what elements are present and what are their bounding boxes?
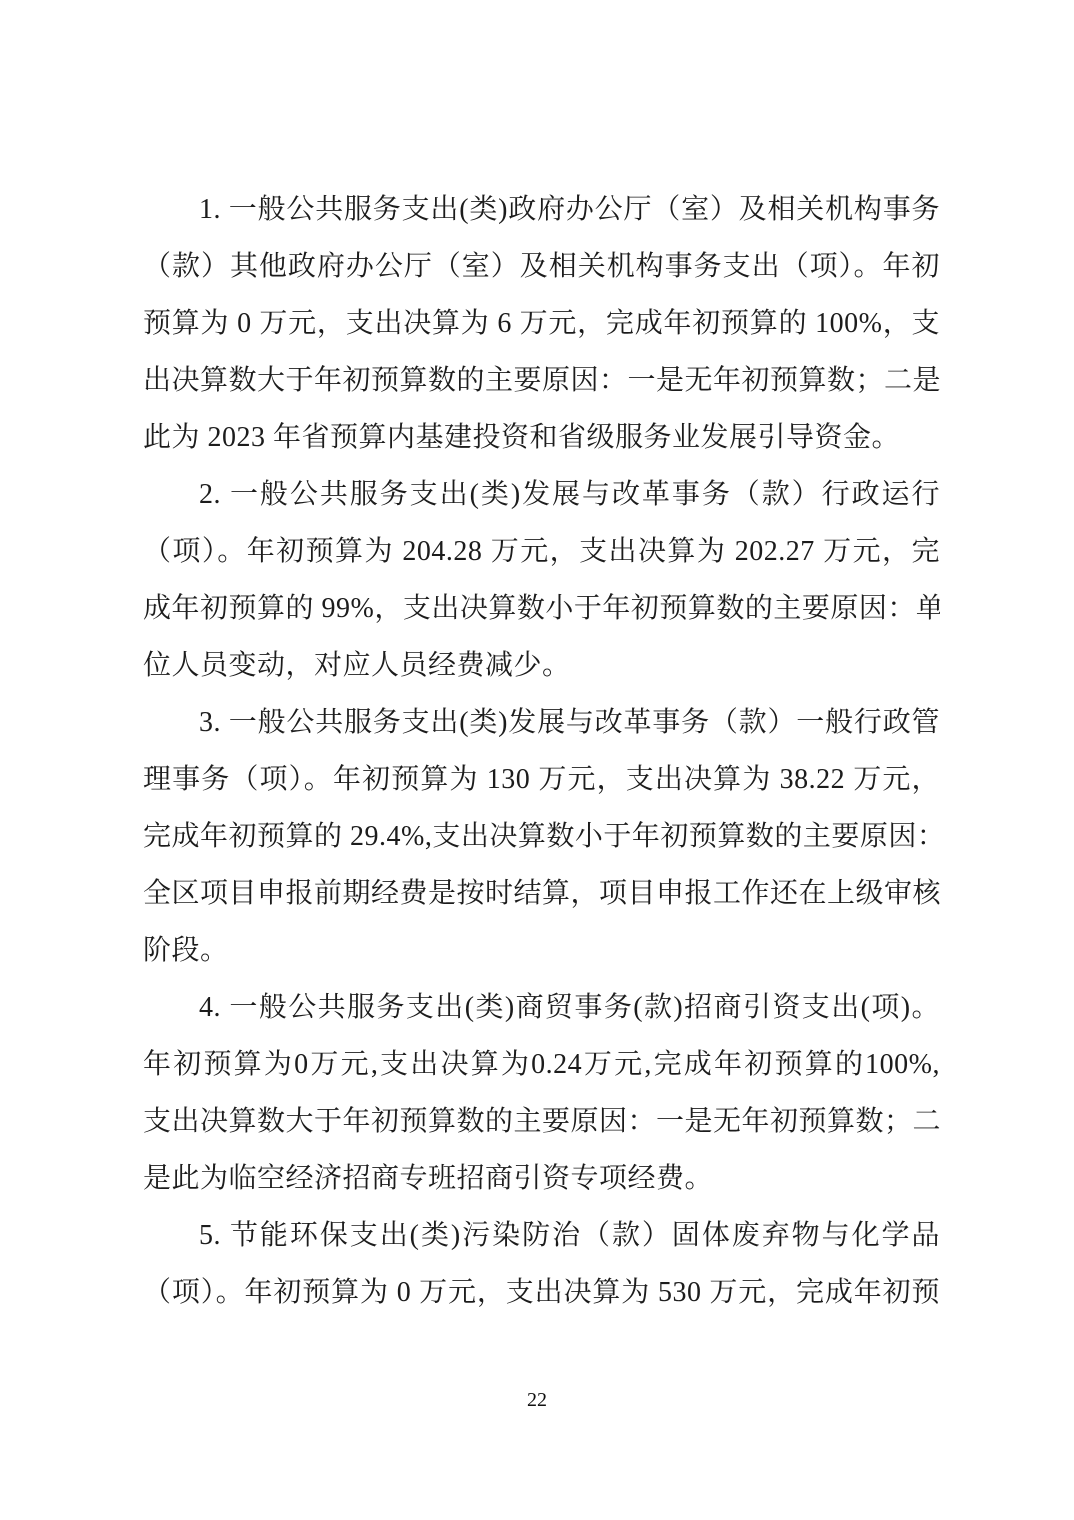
text-line: 年初预算为0万元,支出决算为0.24万元,完成年初预算的100%, bbox=[143, 1036, 940, 1093]
text-line: （款）其他政府办公厅（室）及相关机构事务支出（项）。年初 bbox=[143, 238, 940, 295]
text-line: 此为 2023 年省预算内基建投资和省级服务业发展引导资金。 bbox=[143, 409, 940, 466]
paragraph-4: 4. 一般公共服务支出(类)商贸事务(款)招商引资支出(项)。 年初预算为0万元… bbox=[143, 979, 940, 1207]
text-line: 2. 一般公共服务支出(类)发展与改革事务（款）行政运行 bbox=[143, 466, 940, 523]
text-line: 是此为临空经济招商专班招商引资专项经费。 bbox=[143, 1150, 940, 1207]
text-line: 出决算数大于年初预算数的主要原因：一是无年初预算数；二是 bbox=[143, 352, 940, 409]
text-line: 理事务（项）。年初预算为 130 万元，支出决算为 38.22 万元， bbox=[143, 751, 940, 808]
text-line: 4. 一般公共服务支出(类)商贸事务(款)招商引资支出(项)。 bbox=[143, 979, 940, 1036]
text-line: 位人员变动，对应人员经费减少。 bbox=[143, 637, 940, 694]
text-line: 5. 节能环保支出(类)污染防治（款）固体废弃物与化学品 bbox=[143, 1207, 940, 1264]
text-line: （项）。年初预算为 204.28 万元，支出决算为 202.27 万元，完 bbox=[143, 523, 940, 580]
text-line: 阶段。 bbox=[143, 922, 940, 979]
text-line: 完成年初预算的 29.4%,支出决算数小于年初预算数的主要原因： bbox=[143, 808, 940, 865]
text-line: 3. 一般公共服务支出(类)发展与改革事务（款）一般行政管 bbox=[143, 694, 940, 751]
paragraph-3: 3. 一般公共服务支出(类)发展与改革事务（款）一般行政管 理事务（项）。年初预… bbox=[143, 694, 940, 979]
paragraph-1: 1. 一般公共服务支出(类)政府办公厅（室）及相关机构事务 （款）其他政府办公厅… bbox=[143, 181, 940, 466]
text-line: 成年初预算的 99%，支出决算数小于年初预算数的主要原因：单 bbox=[143, 580, 940, 637]
document-page: 1. 一般公共服务支出(类)政府办公厅（室）及相关机构事务 （款）其他政府办公厅… bbox=[0, 0, 1074, 1520]
text-line: 全区项目申报前期经费是按时结算，项目申报工作还在上级审核 bbox=[143, 865, 940, 922]
document-text-block: 1. 一般公共服务支出(类)政府办公厅（室）及相关机构事务 （款）其他政府办公厅… bbox=[143, 181, 940, 1321]
text-line: 1. 一般公共服务支出(类)政府办公厅（室）及相关机构事务 bbox=[143, 181, 940, 238]
text-line: 支出决算数大于年初预算数的主要原因：一是无年初预算数；二 bbox=[143, 1093, 940, 1150]
paragraph-2: 2. 一般公共服务支出(类)发展与改革事务（款）行政运行 （项）。年初预算为 2… bbox=[143, 466, 940, 694]
page-number: 22 bbox=[0, 1387, 1074, 1413]
text-line: 预算为 0 万元，支出决算为 6 万元，完成年初预算的 100%，支 bbox=[143, 295, 940, 352]
text-line: （项）。年初预算为 0 万元，支出决算为 530 万元，完成年初预 bbox=[143, 1264, 940, 1321]
paragraph-5: 5. 节能环保支出(类)污染防治（款）固体废弃物与化学品 （项）。年初预算为 0… bbox=[143, 1207, 940, 1321]
